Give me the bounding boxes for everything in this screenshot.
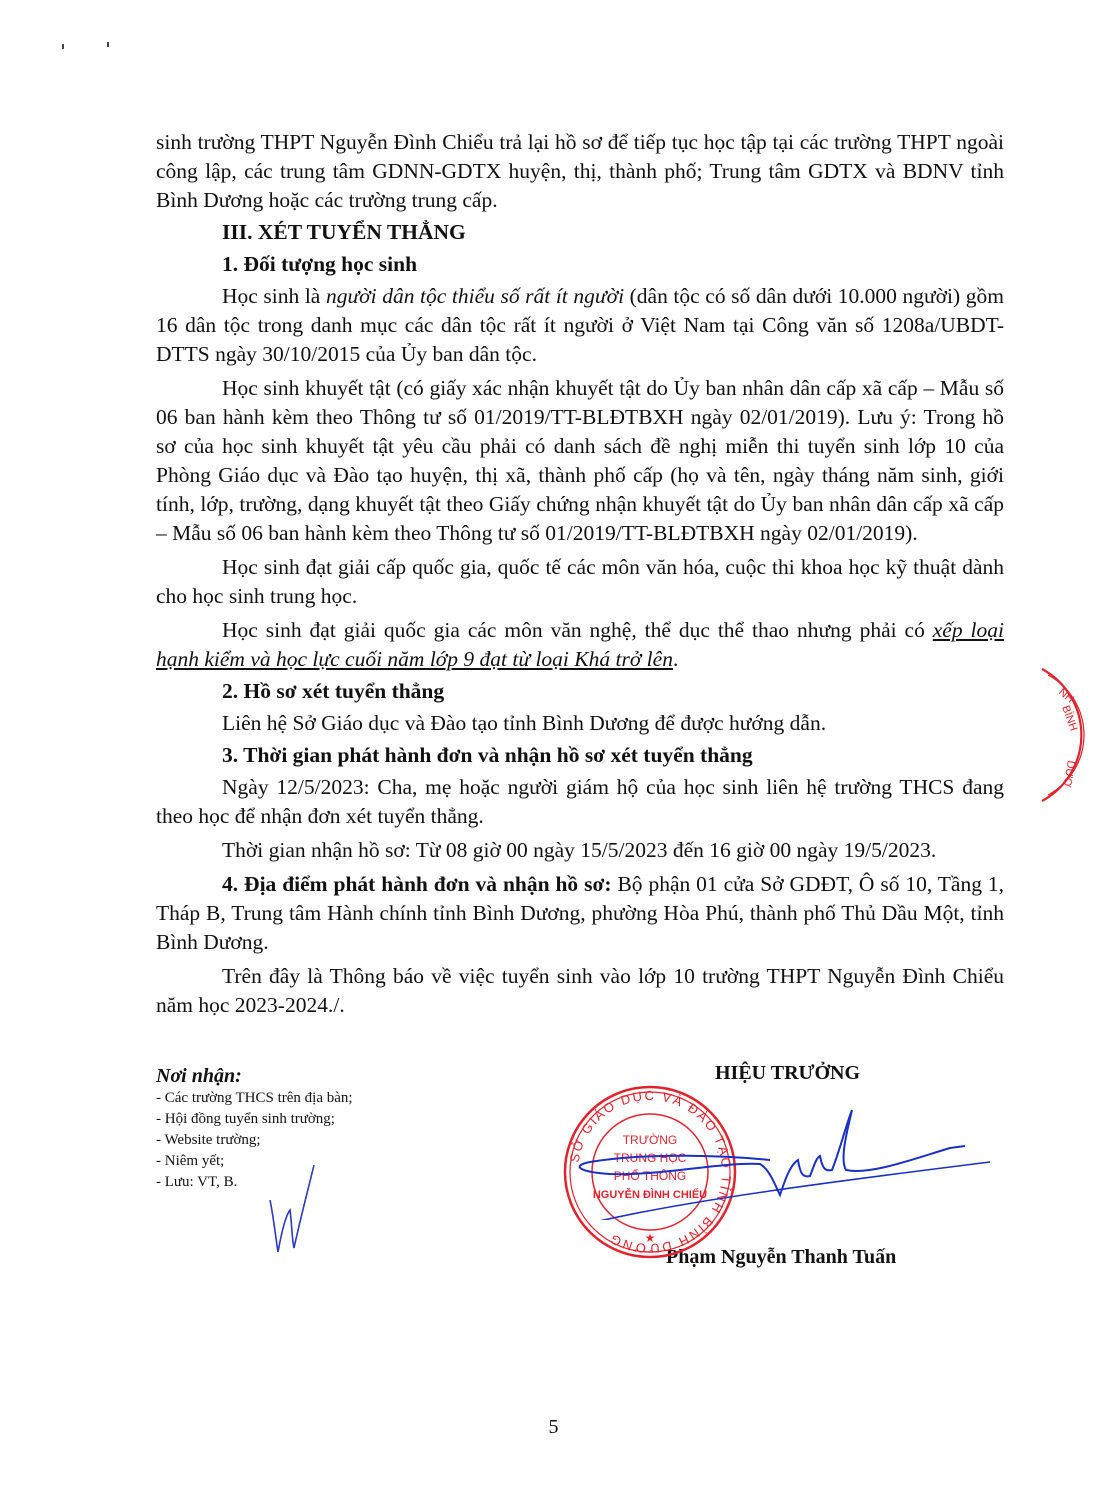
section-title: III. XÉT TUYỂN THẲNG: [156, 218, 1004, 247]
subsection-1-title: 1. Đối tượng học sinh: [156, 250, 1004, 279]
paragraph: Ngày 12/5/2023: Cha, mẹ hoặc người giám …: [156, 773, 1004, 831]
paragraph: 4. Địa điểm phát hành đơn và nhận hồ sơ:…: [156, 870, 1004, 957]
document-page: sinh trường THPT Nguyễn Đình Chiểu trả l…: [0, 0, 1107, 1500]
recipients-title: Nơi nhận:: [156, 1064, 516, 1088]
recipient-item: - Các trường THCS trên địa bàn;: [156, 1088, 516, 1109]
paragraph: Học sinh đạt giải quốc gia các môn văn n…: [156, 616, 1004, 674]
svg-text:★: ★: [645, 1231, 656, 1245]
document-body: sinh trường THPT Nguyễn Đình Chiểu trả l…: [156, 128, 1004, 1020]
recipient-item: - Niêm yết;: [156, 1151, 516, 1172]
scan-mark: [62, 44, 64, 49]
scan-mark: [107, 42, 109, 47]
initials-signature: [262, 1160, 322, 1260]
recipient-item: - Website trường;: [156, 1130, 516, 1151]
paragraph: Học sinh là người dân tộc thiểu số rất í…: [156, 282, 1004, 369]
paragraph: Học sinh khuyết tật (có giấy xác nhận kh…: [156, 374, 1004, 548]
paragraph: Liên hệ Sở Giáo dục và Đào tạo tỉnh Bình…: [156, 709, 1004, 738]
closing-paragraph: Trên đây là Thông báo về việc tuyển sinh…: [156, 962, 1004, 1020]
handwritten-signature: [570, 1100, 990, 1220]
recipient-item: - Hội đồng tuyển sinh trường;: [156, 1109, 516, 1130]
page-number: 5: [0, 1416, 1107, 1439]
recipients-list: - Các trường THCS trên địa bàn; - Hội đồ…: [156, 1088, 516, 1193]
paragraph: Thời gian nhận hồ sơ: Từ 08 giờ 00 ngày …: [156, 836, 1004, 865]
italic-phrase: người dân tộc thiểu số rất ít người: [326, 284, 624, 308]
paragraph: Học sinh đạt giải cấp quốc gia, quốc tế …: [156, 553, 1004, 611]
svg-text:DƯƠ: DƯƠ: [1060, 759, 1077, 788]
recipient-item: - Lưu: VT, B.: [156, 1172, 516, 1193]
subsection-4-title: 4. Địa điểm phát hành đơn và nhận hồ sơ:: [222, 872, 612, 896]
partial-stamp-edge: BÌNH NH DƯƠ: [1040, 665, 1107, 805]
subsection-2-title: 2. Hồ sơ xét tuyển thẳng: [156, 677, 1004, 706]
subsection-3-title: 3. Thời gian phát hành đơn và nhận hồ sơ…: [156, 741, 1004, 770]
continuation-paragraph: sinh trường THPT Nguyễn Đình Chiểu trả l…: [156, 128, 1004, 215]
recipients-block: Nơi nhận: - Các trường THCS trên địa bàn…: [156, 1064, 516, 1193]
